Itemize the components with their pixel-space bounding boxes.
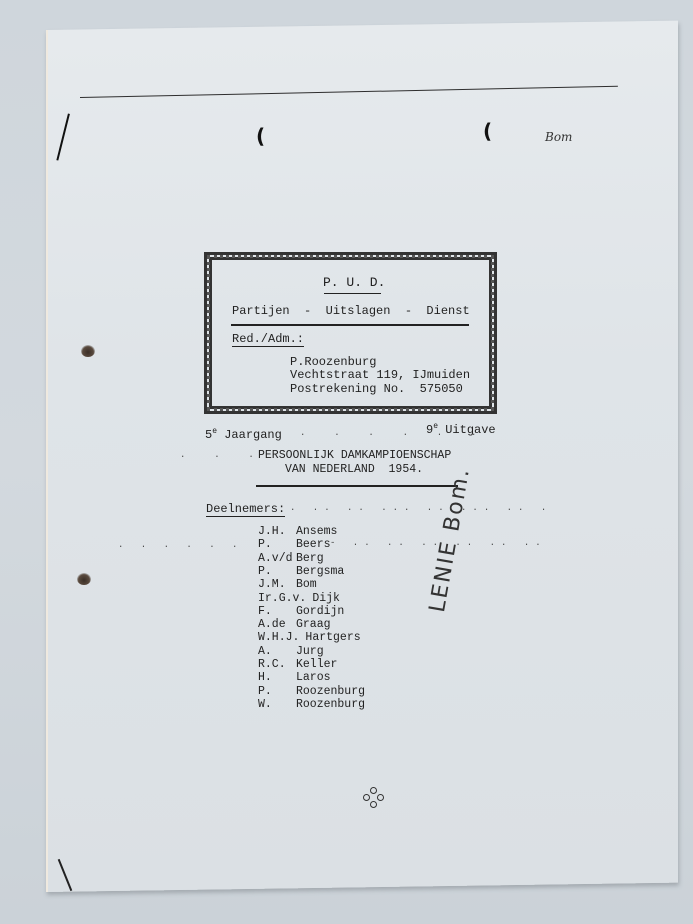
participant-name: Bom xyxy=(296,578,317,591)
red-adm-label: Red./Adm.: xyxy=(232,332,304,347)
participant-row: J.H.Ansems xyxy=(258,525,337,538)
heading-line-2: VAN NEDERLAND 1954. xyxy=(285,463,423,476)
participant-name: Jurg xyxy=(296,645,324,658)
participant-row: R.C.Keller xyxy=(258,658,337,671)
participant-name: Laros xyxy=(296,671,331,684)
punch-hole-bottom xyxy=(77,573,91,585)
participant-row: W.Roozenburg xyxy=(258,698,365,711)
participants-label: Deelnemers: xyxy=(206,502,285,517)
participant-row: P.Beers xyxy=(258,538,331,551)
participant-row: P.Roozenburg xyxy=(258,685,365,698)
participant-initials: A. xyxy=(258,645,296,658)
participant-initials: P. xyxy=(258,685,296,698)
participant-name: Gordijn xyxy=(296,605,344,618)
participant-row: H.Laros xyxy=(258,671,331,684)
participant-row: P.Bergsma xyxy=(258,565,344,578)
participant-initials: A.v/d xyxy=(258,552,296,565)
subtitle-underline xyxy=(231,324,469,326)
participant-name: Bergsma xyxy=(296,565,344,578)
punch-hole-top xyxy=(81,345,95,357)
handwritten-note-bom: Bom xyxy=(545,130,572,144)
participant-initials: A.de xyxy=(258,618,296,631)
jaargang: 5e Jaargang xyxy=(205,427,282,442)
participant-initials: R.C. xyxy=(258,658,296,671)
heading-line-1: PERSOONLIJK DAMKAMPIOENSCHAP xyxy=(258,449,451,462)
participant-row: F.Gordijn xyxy=(258,605,344,618)
stray-dots: . . . . . . xyxy=(118,540,243,550)
participant-initials: Ir.G.v. xyxy=(258,592,306,605)
participant-initials: P. xyxy=(258,538,296,551)
participant-row: A.v/dBerg xyxy=(258,552,324,565)
stray-dots: . .. .. ... .. ... .. . xyxy=(290,503,552,513)
address-account: Postrekening No. 575050 xyxy=(290,382,463,396)
participant-row: J.M.Bom xyxy=(258,578,317,591)
participant-initials: W. xyxy=(258,698,296,711)
participant-initials: W.H.J. xyxy=(258,631,299,644)
participant-initials: H. xyxy=(258,671,296,684)
address-street: Vechtstraat 119, IJmuiden xyxy=(290,368,470,382)
participant-name: Keller xyxy=(296,658,337,671)
pud-subtitle: Partijen - Uitslagen - Dienst xyxy=(232,304,470,318)
participant-name: Beers xyxy=(296,538,331,551)
participant-name: Ansems xyxy=(296,525,337,538)
participant-name: Roozenburg xyxy=(296,685,365,698)
participant-name: Dijk xyxy=(312,592,340,605)
participant-initials: P. xyxy=(258,565,296,578)
participant-name: Graag xyxy=(296,618,331,631)
participant-row: A.Jurg xyxy=(258,645,324,658)
heading-rule xyxy=(256,485,458,487)
stray-dots: . . . . . . xyxy=(300,428,482,438)
participant-row: Ir.G.v.Dijk xyxy=(258,592,340,605)
participant-name: Hartgers xyxy=(305,631,360,644)
participant-row: W.H.J.Hartgers xyxy=(258,631,361,644)
ornament-rings-icon xyxy=(363,787,383,809)
stray-dots: . . . xyxy=(180,450,260,460)
participant-row: A.deGraag xyxy=(258,618,331,631)
staple-mark-left-icon: ( xyxy=(256,124,265,148)
pud-title: P. U. D. xyxy=(323,275,385,290)
title-underline xyxy=(324,293,381,294)
address-name: P.Roozenburg xyxy=(290,355,376,369)
jaargang-text: Jaargang xyxy=(217,428,282,442)
participant-initials: F. xyxy=(258,605,296,618)
staple-mark-right-icon: ( xyxy=(483,119,492,143)
participant-name: Berg xyxy=(296,552,324,565)
participant-name: Roozenburg xyxy=(296,698,365,711)
participant-initials: J.H. xyxy=(258,525,296,538)
participant-initials: J.M. xyxy=(258,578,296,591)
